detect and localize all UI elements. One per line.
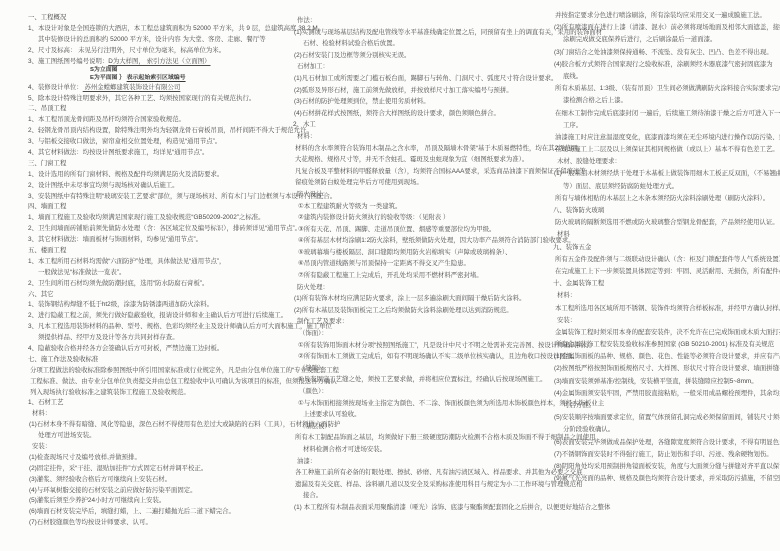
text-line: ①与木饰面相接须按现场业主指定为颜色、不二涂、饰面板颜色须为所选用木饰板颜色样本… bbox=[293, 398, 545, 410]
text-line: 3、施工图纸图号编号说明：D为大样图， 索引方法见（立面图） bbox=[28, 57, 280, 68]
text-line: （饰面）： bbox=[293, 328, 545, 340]
text-line: 2、进行隐蔽工程之前，须先行做好隐蔽验收，报请设计师和业主确认后方可进行后续施工… bbox=[28, 311, 280, 322]
text-line: 1、设计选用的所有门窗材料、规格及配件均须满足防火及消防要求。 bbox=[28, 170, 280, 181]
text-line: (1)凡石材加工或所需要之门槛石板台面，踢脚石与转角、门洞尺寸、弧度尺寸符合设计… bbox=[293, 73, 545, 85]
text-line: 材料： bbox=[28, 409, 280, 420]
text-line: 本工程所选用各区域所用不锈钢、装饰件均须符合样板标准，并经甲方确认封样。 bbox=[553, 303, 777, 315]
text-line: 等）面层、底层须经防腐防蛀处理方式。 bbox=[553, 181, 777, 193]
text-line: 在完成施工上下一步须装置具体固定等到：牢固、灵活耐用、无损伤，所有配件必须经确认… bbox=[553, 266, 777, 278]
text-line: 留痕处须防白蚁处理完毕后方可使用到现场。 bbox=[293, 177, 545, 189]
text-line: 防火玻璃的隔断须选用不燃或防火玻璃整合型钢龙骨配套，产品须经使用认证。 bbox=[553, 217, 777, 229]
text-line: 一、工程概况 bbox=[28, 13, 280, 24]
text-line: 凡复合板及平整材料的甲醛释放量（含），均须符合国标AAA要求，采选商品油漆下面须… bbox=[293, 166, 545, 178]
text-line: 其中装修设计的总面积约 52000 平方米，设计内容 为大堂、客房、走廊、餐厅等 bbox=[28, 35, 280, 46]
text-line: (9)氟气光亮面的品种、规格及颜色均须符合设计要求，并采取防污措施，不留空隙。 bbox=[553, 473, 777, 485]
text-line: 木材、胶缝处理要求： bbox=[553, 156, 777, 168]
text-line: 安装： bbox=[553, 315, 777, 327]
text-line: 材料的含水率须符合装饰用木制品之含水率， 吊顶及隔墙木骨架“基于木质易燃特性，均… bbox=[293, 143, 545, 155]
text-line: (2)石材安装门及边框等须分别核实无误。 bbox=[293, 50, 545, 62]
text-line: (4)胶合板方式须符合国家现行之验收标准，涂刷须经木器底漆气密封固底漆为 bbox=[553, 59, 777, 71]
text-line: 上述要求认可验收。 bbox=[293, 409, 545, 421]
text-line: (5)安装顺序按墙面要求定位，留置气体预留孔洞完成必须保留面间，铺装尺寸须核实、… bbox=[553, 412, 777, 424]
text-line: ③所有天花、吊顶、踢脚、走道吊顶位置、烟感等重要部位均为甲级。 bbox=[293, 224, 545, 236]
text-line: (3)石材的防护处理须到位，禁止使用劣质材料。 bbox=[293, 96, 545, 108]
text-line: S为立面图 bbox=[90, 67, 280, 75]
text-line: (1)实测或与现场基层结构及配电管线等水平基准线确定位置之后，同预留有坐上的调直… bbox=[293, 27, 545, 39]
text-line: 材料 bbox=[553, 229, 777, 241]
text-line: （颜色）： bbox=[293, 386, 545, 398]
text-line: 1、墙面工程施工及验收均须满足国家现行施工及验收规范“GB50209-2002”… bbox=[28, 213, 280, 224]
scanned-spec-sheet: 一、工程概况1、本设计对象是全国连锁的大酒店，本工程总建筑面积为 52000 平… bbox=[0, 0, 780, 551]
text-line: 二、吊顶工程 bbox=[28, 104, 280, 115]
text-line: 防火设计： bbox=[293, 189, 545, 201]
text-line: ①凡有固定工艺缝之处，须按工艺要求做，并将相应位置标注，经确认后按现场图施工。 bbox=[293, 374, 545, 386]
text-line: 分阶段验收确认。 bbox=[553, 424, 777, 436]
text-line: (3)灌浆、须经验收合格后方可继续向上安装石材。 bbox=[28, 475, 280, 486]
text-line: (1)所有装饰木材均应满足防火要求，涂上一层多遍涂刷大面间隔干燥后防火涂料。 bbox=[293, 293, 545, 305]
text-line: (3)墙面安装须弹基准/控制线，安装横平竖直，拼装缝隙应控制5~8mm。 bbox=[553, 376, 777, 388]
text-line: 六、其它 bbox=[28, 290, 280, 301]
spec-column-middle: 作法：(1)实测或与现场基层结构及配电管线等水平基准线确定位置之后，同预留有坐上… bbox=[293, 15, 545, 514]
text-line: 油漆： bbox=[293, 456, 545, 468]
text-line: (1)石材本身不得有暗缝、风化等隐患，深色石材不得使用有色差过大或缺陷的石料（工… bbox=[28, 420, 280, 431]
text-line: 材料： bbox=[553, 290, 777, 302]
text-line: 1、本工程所用石材料均需做“六面防护”处理，具体做法见“通用节点”， bbox=[28, 257, 280, 268]
text-line: ⑥吊顶内管道线路须与吊顶保持一定距离不得交叉产生隐患。 bbox=[293, 258, 545, 270]
text-line: (4)金属饰面须安装牢固，严禁用胶直接粘贴，一般采用成品螺栓预埋件，其余均须设计… bbox=[553, 388, 777, 400]
text-line: 1、装饰钢结构焊缝不低于ht2级，涂漆为防锈漆两道加防火涂料。 bbox=[28, 300, 280, 311]
text-line: 列入现场执行验收标准之建筑装饰工程施工及验收规范。 bbox=[28, 388, 280, 399]
text-line: 各工种施工前所有必备的钉眼处理、擦拭、砂磨、凡有油污渍区域入、样品要求、并其他为… bbox=[293, 467, 545, 479]
text-line: 在现场施工上二层及以上须保证其相同规格做（或以上）基本不得有色差工艺。 bbox=[553, 144, 777, 156]
text-line: 所有木工制配品饰面之基层，均须做好下册三级硬度防潮防火检测不合格木质及饰面不得于… bbox=[293, 432, 545, 444]
text-line: 工序。 bbox=[553, 120, 777, 132]
text-line: 石材、检验材料试验合格后放置。 bbox=[293, 38, 545, 50]
text-line: 大花规格、规格尺寸等，并无不含蛀孔、霉斑及虫蛀现象为宜（细图纸要求为准）。 bbox=[293, 154, 545, 166]
text-line: 九、装饰五金 bbox=[553, 242, 777, 254]
text-line: (1)金属饰面板的品种、规格、颜色、花色、性能等必须符合设计要求，并应有产品合格… bbox=[553, 351, 777, 363]
text-line: 2、卫生间墙面砖铺贴前须先做防水处理（含：各区域定位及编号标识），排砖须详见“通… bbox=[28, 224, 280, 235]
text-line: 在细木工制作完成后底漆封闭 一遍后，后续施工须待油漆干燥之后方可进入下一道工 bbox=[553, 108, 777, 120]
text-line: 接合。 bbox=[293, 490, 545, 502]
text-line: (1)检查现场尺寸及编号放样,并做预排。 bbox=[28, 453, 280, 464]
spec-column-left: 一、工程概况1、本设计对象是全国连锁的大酒店，本工程总建筑面积为 52000 平… bbox=[28, 13, 280, 529]
text-line: 工程标准、做法、由专业分包单位负责提交并由总包工程验收中认可确认为该项目的标准，… bbox=[28, 377, 280, 388]
text-line: ②所有饰面木工须做工完成后，如有不明现场确认不实二级单位核实确认，且边角收口按设… bbox=[293, 351, 545, 363]
text-line: 1、本工程吊顶龙骨间距及吊杆均须符合国家验收规范。 bbox=[28, 115, 280, 126]
text-line: 2、尺寸及标高： 未见另行注明外，尺寸单位为毫米，标高单位为米。 bbox=[28, 46, 280, 57]
text-line: E为平面图 ｝ 表示起始索引区域编号 bbox=[90, 75, 280, 83]
text-line: 1、石材工艺 bbox=[28, 398, 280, 409]
text-line: 3、其它材料做法：墙面板材与饰面材料，均参见“通用节点”。 bbox=[28, 235, 280, 246]
text-line: 遗漏及有关交底、样品、涂料刷几道以及安全及采购标准使用科目与规定为小二工作环境与… bbox=[293, 479, 545, 491]
underlined-text: 表示起始索引区域编号 bbox=[127, 75, 186, 81]
text-line: 1、本设计对象是全国连锁的大酒店，本工程总建筑面积为 52000 平方米，共 9… bbox=[28, 24, 280, 35]
text-line: (2)固定挂件，采“干挂、湿贴加挂件”方式固定石材并调平校正。 bbox=[28, 464, 280, 475]
text-line: 所有与墙体相贴的木基层上之木条本须经防火涂料涂刷处理（刷防火涂料）。 bbox=[553, 193, 777, 205]
text-line: 4、装修设计单位： 苏州金螳螂建筑装饰设计有限公司 bbox=[28, 83, 280, 94]
text-line: ①本工程建筑耐火等级为 一类建筑。 bbox=[293, 201, 545, 213]
text-line: 防火处理： bbox=[293, 282, 545, 294]
underlined-text: 苏州金螳螂建筑装饰设计有限公司 bbox=[83, 84, 181, 91]
text-line: 一般做法见“标准做法一览表”。 bbox=[28, 268, 280, 279]
text-fragment: 3、施工图纸图号编号说明： bbox=[28, 58, 108, 65]
text-line: 2、木工 bbox=[293, 119, 545, 131]
text-line: ⑤玻璃幕墙与楼板隔层、洞口缝隙均须用防火岩棉填实（声障或玻璃棉条）、 bbox=[293, 247, 545, 259]
text-line: ②建筑内装修设计防火须执行的验收等级：（见附表 ） bbox=[293, 212, 545, 224]
text-line: 金属装饰工程时须采用本身的配套安装件，决不允许在已完成饰面或木质大面打孔安装。 bbox=[553, 327, 777, 339]
text-line: 四、墙面工程 bbox=[28, 202, 280, 213]
text-line: 作法： bbox=[293, 15, 545, 27]
spec-column-right: 并按指定要求分色进行喷涂刷涂，所有涂装均应采用交叉一遍成膜施工法。(2)所有喷漆… bbox=[553, 10, 777, 485]
text-line: 八、装饰防火玻璃 bbox=[553, 205, 777, 217]
text-line: 三、门窗工程 bbox=[28, 159, 280, 170]
text-line: (2)所有木基层及装饰面板完工之后均须做防火涂料涂刷处理以达到消防规范。 bbox=[293, 305, 545, 317]
text-line: 4、隐蔽验收合格并经各方会签确认后方可封板，严禁边施工边封板。 bbox=[28, 344, 280, 355]
text-line: 3、与铝板交接收口做法，窗帘盒相交位置处理，构造见“通用节点”。 bbox=[28, 137, 280, 148]
text-line: 涂刷完成做交底保养后进行，之后刷涂最后一道面漆。 bbox=[553, 34, 777, 46]
text-line: (5)灌浆后须至少养护24小时方可继续向上安装。 bbox=[28, 496, 280, 507]
text-line: 十、金属装饰工程 bbox=[553, 278, 777, 290]
text-line: 4、其它材料做法：均按设计图纸要求施工，均详见“通用节点”。 bbox=[28, 148, 280, 159]
text-line: 可后方准。 bbox=[553, 400, 777, 412]
text-line: 须提供样品、经甲方及设计等各方共同封样存查。 bbox=[28, 333, 280, 344]
text-line: (4)与环氧树脂交接的石材安装之前应做好防污染平面固定。 bbox=[28, 486, 280, 497]
text-line: 2、轻钢龙骨吊顶内结构设置，除特殊注明外均为轻钢龙骨石膏板吊顶，吊杆间距不得大于… bbox=[28, 126, 280, 137]
text-line: (7)不锈钢饰面安装时不得强行施工，防止划伤和手印、污迹、残余硬物划伤。 bbox=[553, 449, 777, 461]
text-line: 底线。 bbox=[553, 71, 777, 83]
text-line: 3、凡本工程选用装饰材料的品种、型号、规格、色彩均须经业主及设计师确认后方可大面… bbox=[28, 322, 280, 333]
text-line: 石材加工： bbox=[293, 61, 545, 73]
underlined-text: D为大样图， 索引方法见（立面图） bbox=[108, 58, 210, 65]
text-line: （缝隙）： bbox=[293, 363, 545, 375]
text-line: ⑦所有隐蔽工程施工上完成后，开孔处均采用不燃材料严密封堵。 bbox=[293, 270, 545, 282]
text-line: 处理方可进场安装。 bbox=[28, 431, 280, 442]
text-line: 分项工程做法的验收标准除参照图纸中所引用国家标准或行业规定外，凡是由分包单位施工… bbox=[28, 366, 280, 377]
text-line: 所有金属装饰工程安装及验收标准参照国家 (GB 50210-2001) 标准及有… bbox=[553, 339, 777, 351]
text-line: (6)表面安装完毕须做成品保护处理，各缝隙宽度须符合设计要求，不得有明显色差。 bbox=[553, 437, 777, 449]
text-line: 3、安装图纸中有特殊注明“玻璃安装工艺要求”部位，须与现场核对、所有木门与门边框… bbox=[28, 192, 280, 203]
text-line: (8)阴阳角处均采用预制拼角镜面板安装，角度与大面须分缝与拼缝对齐平直以保证一致… bbox=[553, 461, 777, 473]
text-line: (7)石材胶缝颜色等均按设计师要求、认可。 bbox=[28, 518, 280, 529]
text-line: ④所有基层木材均涂刷1:2防火涂料，壁纸须做防火处理，因大功率产品须符合消防部门… bbox=[293, 235, 545, 247]
text-line: (4)石材拼花样式按图纸，须符合大样图纸的设计要求，颜色须顺色拼合。 bbox=[293, 108, 545, 120]
text-line: (3)门窗结合之处油漆须保持通畅、不流坠、没有灰尘、凹凸、色差不得出现。 bbox=[553, 47, 777, 59]
text-line: (1) 本工程所有木制品表面采用聚酯清漆（哑光）涂饰、底漆与聚酯须配套固化之后拼… bbox=[293, 502, 545, 514]
text-line: (2)弧形及异形石材，施工前须先做放样，并按放样尺寸加工落实编号与预拼。 bbox=[293, 85, 545, 97]
text-fragment: 4、装修设计单位： bbox=[28, 84, 83, 91]
text-line: (6)墙面石材安装完毕后，填缝打蜡，上、二遍打蜡抛光后二道下蜡完合。 bbox=[28, 507, 280, 518]
text-line: 并按指定要求分色进行喷涂刷涂，所有涂装均应采用交叉一遍成膜施工法。 bbox=[553, 10, 777, 22]
text-line: 5、除本设计特殊注明要求外，其它各种工艺、均须按国家现行的有关规范执行。 bbox=[28, 94, 280, 105]
text-line: 2、设计图纸中未尽事宜均须与现场核对确认后施工。 bbox=[28, 181, 280, 192]
text-line: ①所有装饰用饰面木材分项“按照图纸施工”，凡是设计中尺寸不明之处需补充完善图、按… bbox=[293, 340, 545, 352]
text-line: (1)一般基层木材须经烘干处理于木基板上做装饰用细木工板正反双面，（不易翘曲 bbox=[553, 168, 777, 180]
text-line: (2)所有喷漆面在进行上漆（清漆、混水）前必须将现场地面及相邻大面遮盖，接缝处须… bbox=[553, 22, 777, 34]
text-line: 漆检测合格之后上漆。 bbox=[553, 95, 777, 107]
text-line: 所有木质基层、1:3级、（装有吊顶）卫生间必须做满刷防火涂料接合实际要求完成底 bbox=[553, 83, 777, 95]
text-line: (2)按图纸严格按照饰面板规格尺寸、大样图、形状尺寸符合设计要求、墙面拼缝平整。 bbox=[553, 363, 777, 375]
text-line: （基层板）： bbox=[293, 421, 545, 433]
text-line: 安装： bbox=[28, 442, 280, 453]
text-line: 2、卫生间所用石材均须先做防潮封底，选用“防水防腐石膏板”。 bbox=[28, 279, 280, 290]
text-fragment: E为平面图 ｝ bbox=[90, 75, 127, 81]
text-line: 材料检测合格才可进场安装。 bbox=[293, 444, 545, 456]
text-line: 七、施工作法及验收标准 bbox=[28, 355, 280, 366]
text-line: 油漆施工时应注意温湿度变化，底漆面漆均须在无尘环境内进行操作以防污染、须 bbox=[553, 132, 777, 144]
text-line: 五、楼面工程 bbox=[28, 246, 280, 257]
text-line: 制作工艺及要求： bbox=[293, 316, 545, 328]
text-line: 材料： bbox=[293, 131, 545, 143]
text-line: 所有五金件及配件须与二级联动设计确认（含：柜及门锁配套件等人气系统设置）；同时应 bbox=[553, 254, 777, 266]
